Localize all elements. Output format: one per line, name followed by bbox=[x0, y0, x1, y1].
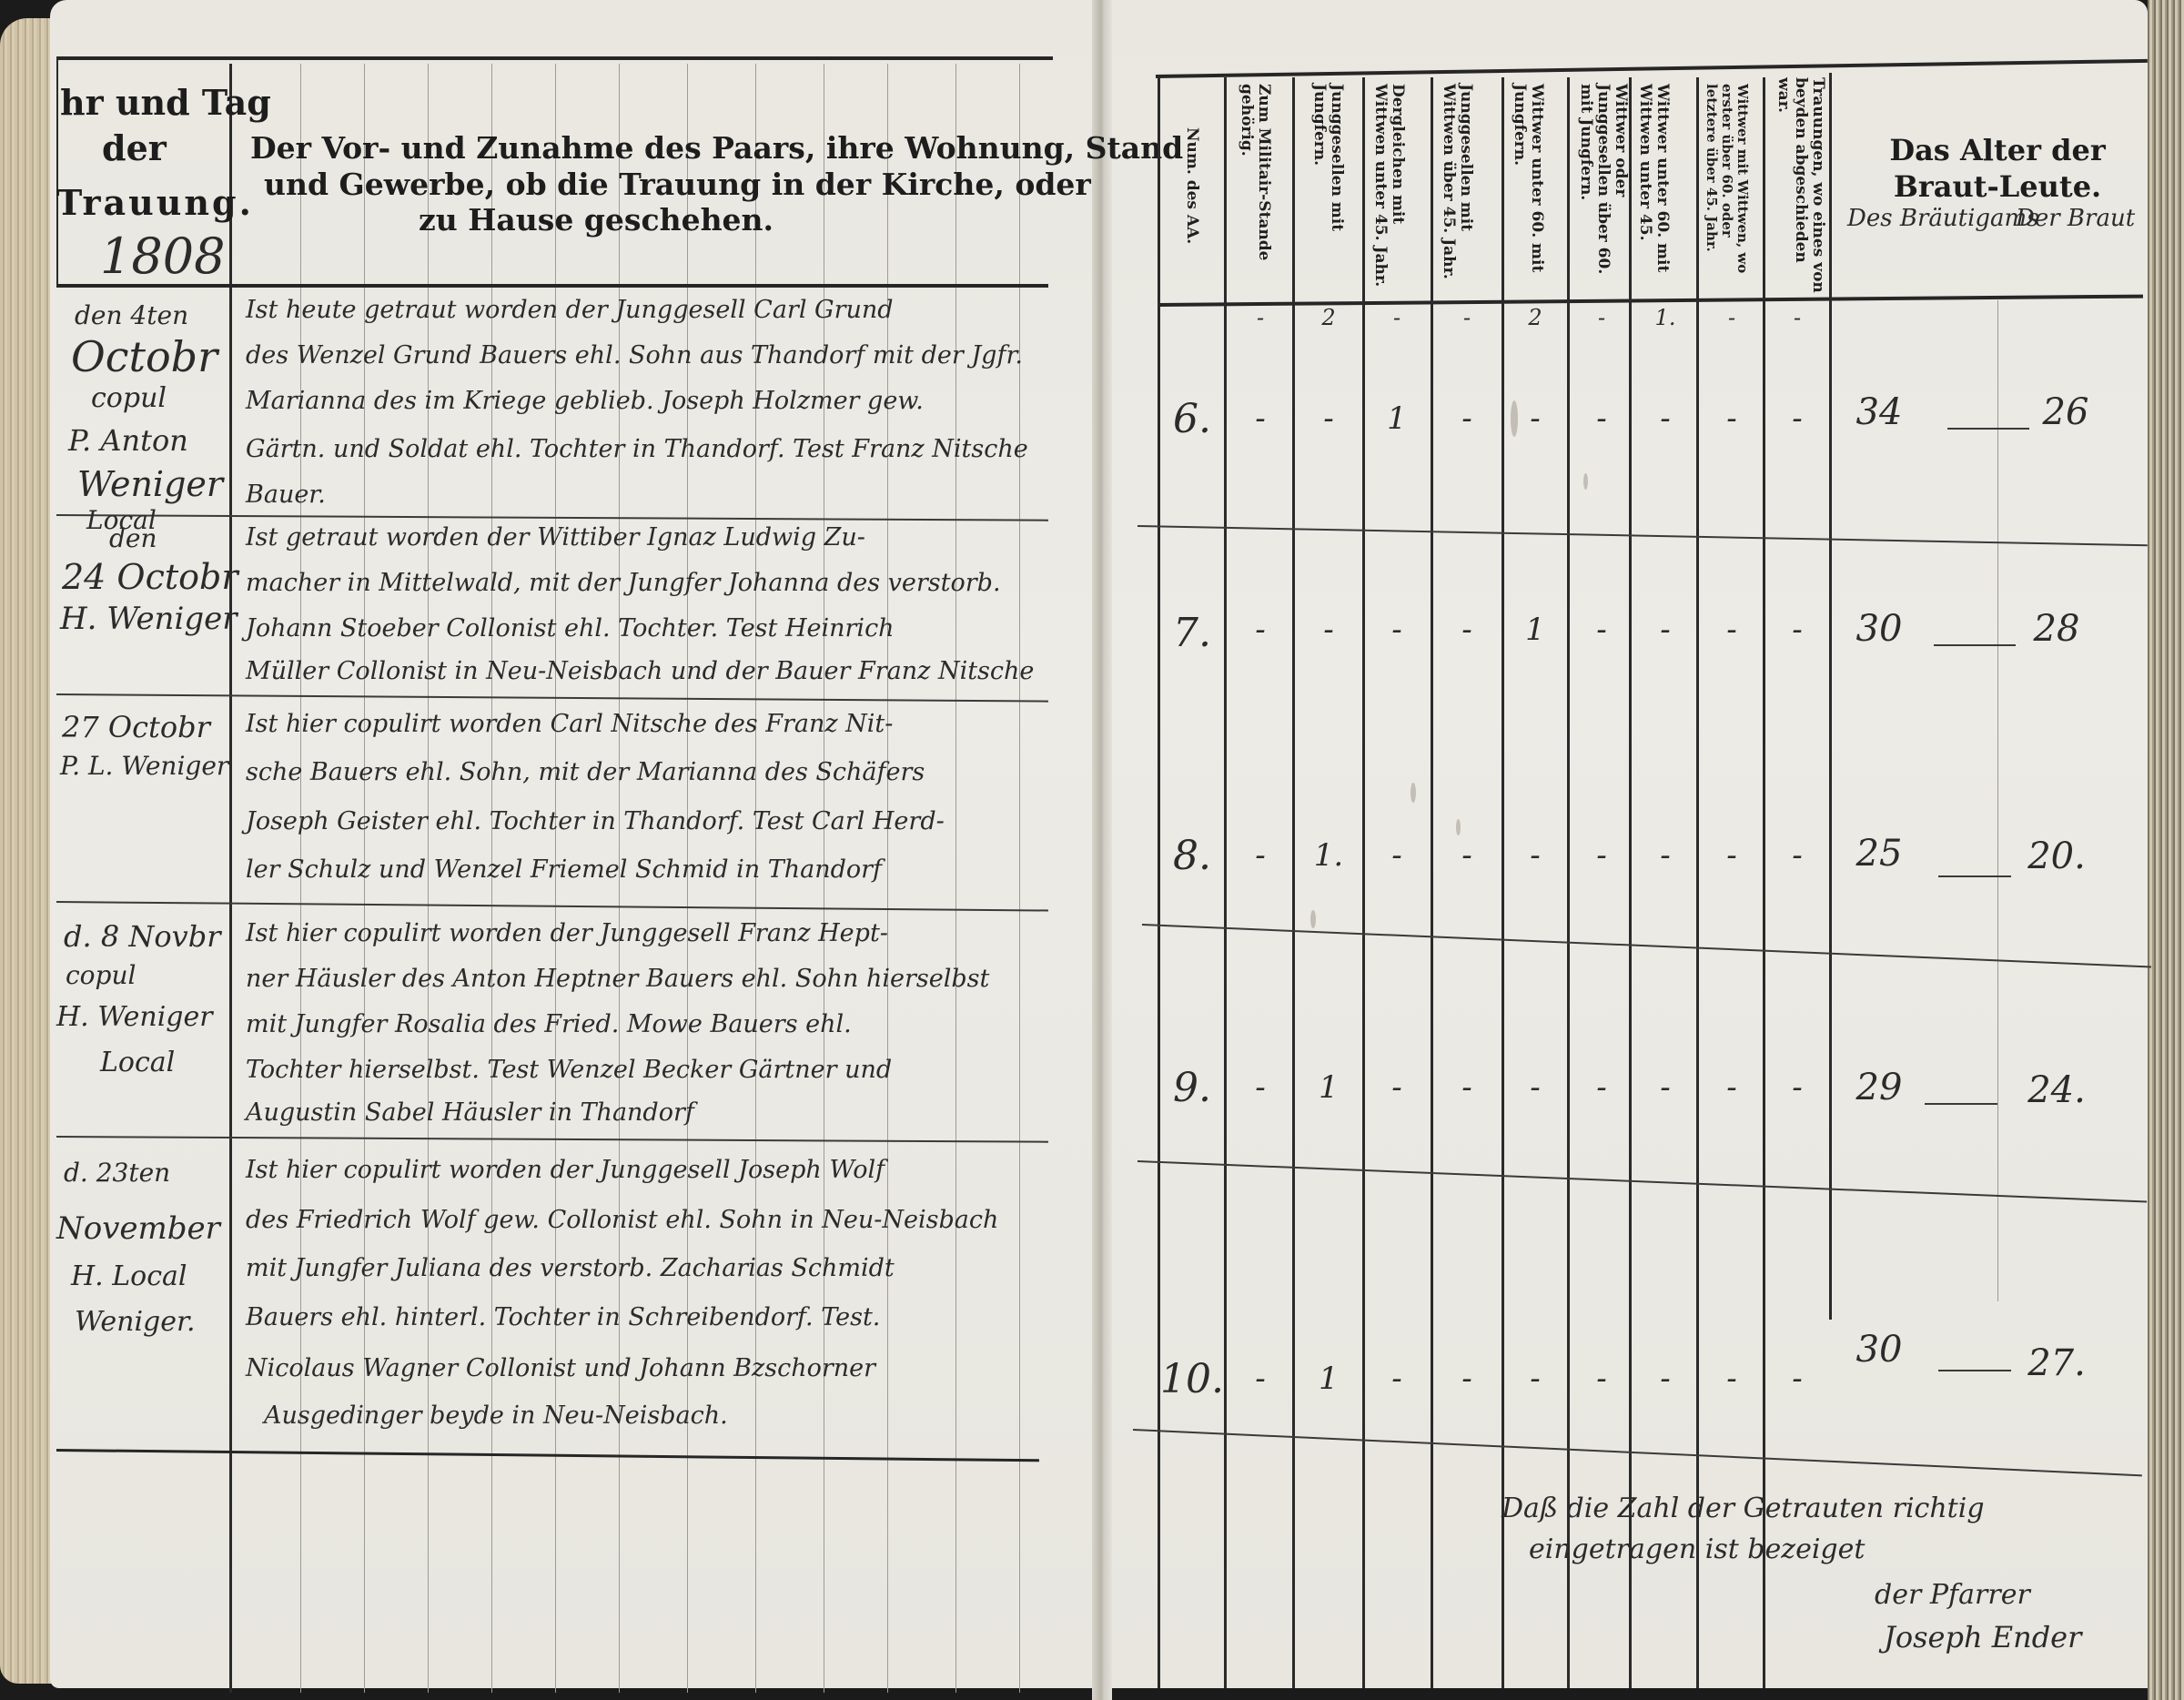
bride-age: 20. bbox=[2025, 835, 2088, 877]
entry-officiant: Local bbox=[100, 1047, 175, 1078]
entry-text-line: Ist hier copulirt worden Carl Nitsche de… bbox=[246, 710, 893, 738]
tally-cell: - bbox=[1365, 837, 1429, 874]
entry-officiant: H. Weniger bbox=[60, 601, 237, 637]
tally-cell: - bbox=[1765, 1069, 1829, 1106]
tally-cell: - bbox=[1765, 837, 1829, 874]
carry-over-cell: 1. bbox=[1633, 305, 1697, 330]
date-column-header-line2: der bbox=[102, 127, 167, 168]
entry-text-line: Augustin Sabel Häusler in Thandorf bbox=[246, 1098, 694, 1127]
entry-text-line: macher in Mittelwald, mit der Jungfer Jo… bbox=[246, 569, 1001, 597]
tally-cell: - bbox=[1435, 400, 1499, 437]
bride-age: 27. bbox=[2025, 1342, 2088, 1384]
entry-date: 27 Octobr bbox=[62, 710, 210, 744]
tally-cell: - bbox=[1700, 612, 1764, 648]
entry-text-line: Müller Collonist in Neu-Neisbach und der… bbox=[246, 657, 1034, 685]
entry-text-line: mit Jungfer Juliana des verstorb. Zachar… bbox=[246, 1254, 895, 1282]
column-header-bachelors-widows-under45: Dergleichen mit Wittwen unter 45. Jahr. bbox=[1371, 84, 1406, 298]
entry-date: copul bbox=[66, 960, 136, 990]
carry-over-cell: - bbox=[1700, 305, 1764, 330]
column-header-bachelors-widows-over45: Junggesellen mit Wittwen über 45. Jahr. bbox=[1440, 84, 1474, 298]
tally-cell: - bbox=[1365, 612, 1429, 648]
attestation-line: der Pfarrer bbox=[1875, 1579, 2030, 1611]
tally-cell: - bbox=[1570, 1069, 1633, 1106]
entry-text-line: des Wenzel Grund Bauers ehl. Sohn aus Th… bbox=[246, 341, 1023, 369]
tally-cell: - bbox=[1503, 1069, 1567, 1106]
entry-text-line: Nicolaus Wagner Collonist und Johann Bzs… bbox=[246, 1354, 875, 1382]
entry-text-line: mit Jungfer Rosalia des Fried. Mowe Baue… bbox=[246, 1010, 852, 1038]
bride-age: 26 bbox=[2034, 391, 2098, 433]
tally-cell: - bbox=[1228, 400, 1292, 437]
tally-cell: - bbox=[1365, 1069, 1429, 1106]
tally-cell: 1 bbox=[1365, 400, 1429, 437]
main-column-header-line1: Der Vor- und Zunahme des Paars, ihre Woh… bbox=[250, 130, 1183, 166]
column-header-widowers-under60-maidens: Wittwer unter 60. mit Jungfern. bbox=[1511, 84, 1545, 298]
entry-text-line: Ist getraut worden der Wittiber Ignaz Lu… bbox=[246, 523, 865, 551]
tally-cell: - bbox=[1765, 612, 1829, 648]
entry-text-line: Bauers ehl. hinterl. Tochter in Schreibe… bbox=[246, 1303, 880, 1331]
carry-over-cell: - bbox=[1228, 305, 1292, 330]
carry-over-cell: - bbox=[1765, 305, 1829, 330]
tally-cell: - bbox=[1297, 400, 1360, 437]
tally-cell: - bbox=[1503, 837, 1567, 874]
attestation-line: eingetragen ist bezeiget bbox=[1529, 1533, 1865, 1565]
groom-age: 30 bbox=[1847, 1329, 1911, 1371]
tally-cell: - bbox=[1570, 612, 1633, 648]
tally-cell: - bbox=[1228, 837, 1292, 874]
tally-cell: - bbox=[1700, 400, 1764, 437]
tally-cell: - bbox=[1435, 1361, 1499, 1397]
carry-over-cell: 2 bbox=[1297, 305, 1360, 330]
age-subheader-groom: Des Bräutigams bbox=[1847, 205, 2039, 232]
tally-cell: 1 bbox=[1297, 1361, 1360, 1397]
bride-age: 28 bbox=[2025, 608, 2088, 650]
tally-cell: 1 bbox=[1503, 612, 1567, 648]
entry-text-line: sche Bauers ehl. Sohn, mit der Marianna … bbox=[246, 758, 925, 786]
entry-officiant: P. L. Weniger bbox=[60, 751, 228, 781]
entry-date: den bbox=[109, 523, 157, 553]
main-column-header-line2: und Gewerbe, ob die Trauung in der Kirch… bbox=[264, 167, 1091, 202]
entry-date: 24 Octobr bbox=[62, 557, 238, 597]
main-column-header-line3: zu Hause geschehen. bbox=[419, 202, 773, 238]
entry-date: d. 23ten bbox=[64, 1158, 170, 1188]
book-gutter bbox=[1092, 0, 1112, 1700]
column-header-military: Zum Militair-Stande gehörig. bbox=[1238, 84, 1272, 298]
tally-cell: - bbox=[1570, 1361, 1633, 1397]
row-number: 10. bbox=[1160, 1356, 1224, 1402]
entry-text-line: Ist hier copulirt worden der Junggesell … bbox=[246, 919, 888, 947]
attestation-line: Daß die Zahl der Getrauten richtig bbox=[1501, 1493, 1985, 1524]
tally-cell: - bbox=[1570, 837, 1633, 874]
entry-text-line: Bauer. bbox=[246, 481, 326, 509]
entry-officiant: Weniger. bbox=[75, 1306, 196, 1338]
tally-cell: - bbox=[1503, 1361, 1567, 1397]
tally-cell: 1. bbox=[1297, 837, 1360, 874]
date-column-header-line3: Trauung. bbox=[56, 182, 254, 223]
tally-cell: - bbox=[1297, 612, 1360, 648]
entry-text-line: Marianna des im Kriege geblieb. Joseph H… bbox=[246, 387, 924, 415]
book-page-edges-right bbox=[2148, 0, 2184, 1700]
tally-cell: - bbox=[1365, 1361, 1429, 1397]
tally-cell: - bbox=[1765, 400, 1829, 437]
column-header-over60-maidens: Wittwer oder Junggesellen über 60. mit J… bbox=[1577, 84, 1629, 298]
entry-date: den 4ten bbox=[75, 300, 188, 330]
tally-cell: - bbox=[1633, 837, 1697, 874]
entry-officiant: H. Local bbox=[71, 1260, 187, 1292]
entry-text-line: Tochter hierselbst. Test Wenzel Becker G… bbox=[246, 1056, 892, 1084]
entry-text-line: des Friedrich Wolf gew. Collonist ehl. S… bbox=[246, 1206, 998, 1234]
age-column-header: Das Alter der Braut-Leute. bbox=[1861, 132, 2134, 205]
tally-cell: - bbox=[1228, 1361, 1292, 1397]
column-header-widowers-widows-over: Wittwer mit Wittwen, wo erster über 60. … bbox=[1704, 84, 1750, 298]
row-number: 6. bbox=[1160, 396, 1224, 442]
carry-over-cell: - bbox=[1435, 305, 1499, 330]
entry-text-line: Ist hier copulirt worden der Junggesell … bbox=[246, 1156, 885, 1184]
entry-date: copul bbox=[91, 382, 167, 414]
groom-age: 34 bbox=[1847, 391, 1911, 433]
pastor-signature: Joseph Ender bbox=[1884, 1620, 2081, 1654]
tally-cell: - bbox=[1633, 1069, 1697, 1106]
tally-cell: - bbox=[1570, 400, 1633, 437]
entry-date: d. 8 Novbr bbox=[64, 919, 220, 954]
carry-over-cell: - bbox=[1365, 305, 1429, 330]
column-header-divorced: Trauungen, wo eines von beyden abgeschie… bbox=[1774, 77, 1826, 296]
carry-over-cell: 2 bbox=[1503, 305, 1567, 330]
row-number: 9. bbox=[1160, 1065, 1224, 1111]
column-header-number: Num. des AA. bbox=[1183, 127, 1200, 291]
date-column-header-line1: hr und Tag bbox=[60, 82, 271, 123]
age-subheader-bride: Der Braut bbox=[2016, 205, 2135, 232]
row-number: 7. bbox=[1160, 610, 1224, 656]
register-year: 1808 bbox=[100, 228, 225, 285]
tally-cell: - bbox=[1633, 1361, 1697, 1397]
tally-cell: - bbox=[1700, 1069, 1764, 1106]
tally-cell: - bbox=[1228, 612, 1292, 648]
tally-cell: - bbox=[1633, 612, 1697, 648]
entry-date: November bbox=[56, 1210, 220, 1247]
groom-age: 30 bbox=[1847, 608, 1911, 650]
row-number: 8. bbox=[1160, 833, 1224, 879]
entry-officiant: Weniger bbox=[77, 464, 223, 504]
tally-cell: 1 bbox=[1297, 1069, 1360, 1106]
tally-cell: - bbox=[1700, 837, 1764, 874]
tally-cell: - bbox=[1633, 400, 1697, 437]
carry-over-cell: - bbox=[1570, 305, 1633, 330]
groom-age: 29 bbox=[1847, 1067, 1911, 1108]
entry-officiant: H. Weniger bbox=[56, 1001, 213, 1033]
entry-text-line: ner Häusler des Anton Heptner Bauers ehl… bbox=[246, 965, 989, 993]
entry-text-line: Gärtn. und Soldat ehl. Tochter in Thando… bbox=[246, 435, 1028, 463]
entry-text-line: Johann Stoeber Collonist ehl. Tochter. T… bbox=[246, 614, 895, 643]
entry-text-line: ler Schulz und Wenzel Friemel Schmid in … bbox=[246, 855, 882, 884]
tally-cell: - bbox=[1765, 1361, 1829, 1397]
tally-cell: - bbox=[1435, 612, 1499, 648]
entry-officiant: P. Anton bbox=[68, 423, 188, 458]
tally-cell: - bbox=[1435, 837, 1499, 874]
entry-text-line: Ist heute getraut worden der Junggesell … bbox=[246, 296, 894, 324]
column-header-widowers-widows-under45: Wittwer unter 60. mit Wittwen unter 45. bbox=[1636, 84, 1671, 298]
entry-date: Octobr bbox=[71, 332, 217, 381]
tally-cell: - bbox=[1700, 1361, 1764, 1397]
column-header-bachelors-maidens: Junggesellen mit Jungfern. bbox=[1310, 84, 1345, 298]
entry-text-line: Ausgedinger beyde in Neu-Neisbach. bbox=[264, 1401, 728, 1430]
tally-cell: - bbox=[1435, 1069, 1499, 1106]
groom-age: 25 bbox=[1847, 833, 1911, 875]
entry-text-line: Joseph Geister ehl. Tochter in Thandorf.… bbox=[246, 807, 945, 835]
bride-age: 24. bbox=[2025, 1069, 2088, 1111]
tally-cell: - bbox=[1228, 1069, 1292, 1106]
